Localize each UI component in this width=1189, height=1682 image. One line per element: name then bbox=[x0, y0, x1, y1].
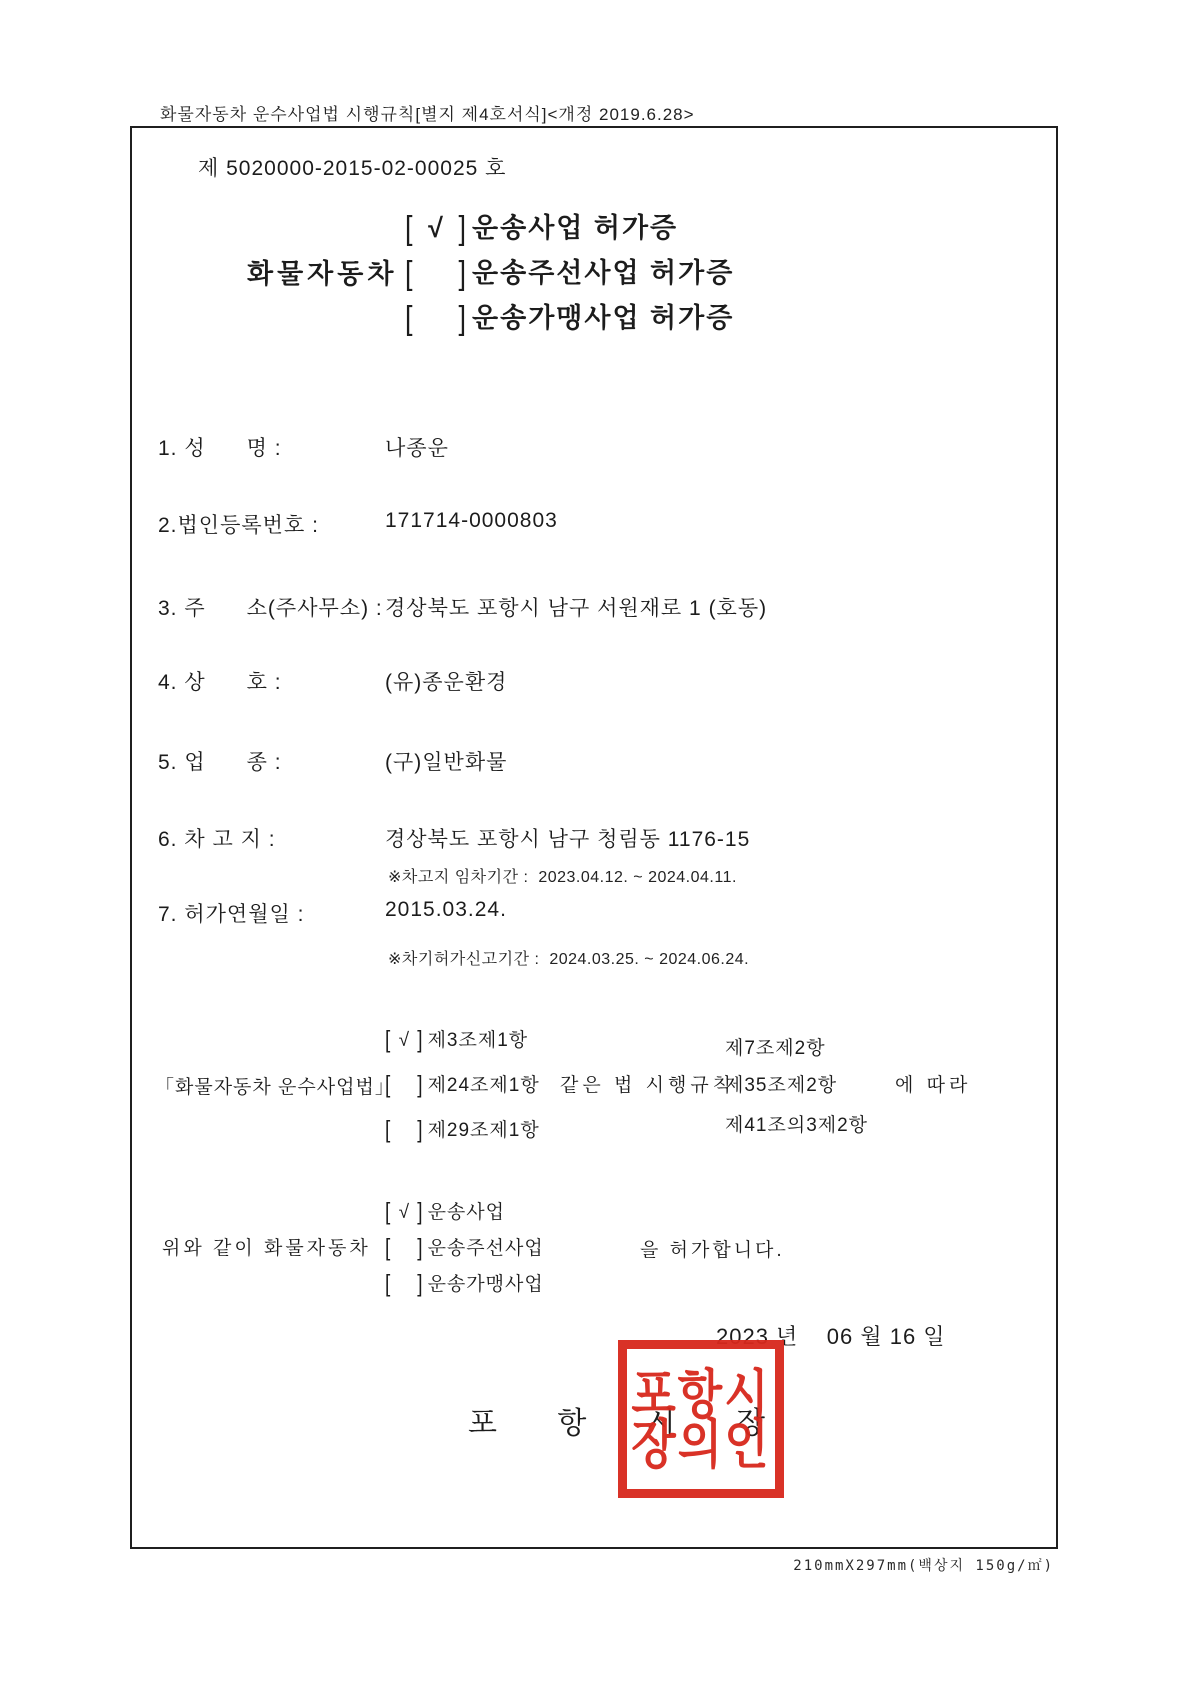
bracket-open: [ bbox=[405, 209, 415, 248]
title-row-franchise: []운송가맹사업 허가증 bbox=[405, 296, 734, 335]
bracket-close: ] bbox=[459, 299, 469, 338]
grant-suffix: 을 허가합니다. bbox=[640, 1235, 785, 1262]
title-row-transport: [√]운송사업 허가증 bbox=[405, 206, 678, 245]
grant-label-brokerage: 운송주선사업 bbox=[428, 1238, 544, 1259]
bracket-open: [ bbox=[405, 299, 415, 338]
field-label-garage: 6. 차 고 지 : bbox=[158, 823, 276, 853]
title-prefix: 화물자동차 bbox=[247, 252, 397, 291]
field-label-name: 1. 성 명 : bbox=[158, 432, 282, 462]
field-label-business-type: 5. 업 종 : bbox=[158, 746, 282, 776]
rule-article-41-3-2: 제41조의3제2항 bbox=[725, 1110, 868, 1137]
mayor-official-seal: 포항시 장의인 bbox=[618, 1340, 784, 1498]
grant-row-transport: [√]운송사업 bbox=[385, 1197, 505, 1224]
according-to-text: 에 따라 bbox=[895, 1070, 971, 1097]
bracket-open: [ bbox=[385, 1072, 391, 1100]
bracket-close: ] bbox=[417, 1117, 423, 1145]
field-label-address: 3. 주 소(주사무소) : bbox=[158, 592, 383, 622]
title-label-franchise: 운송가맹사업 허가증 bbox=[472, 303, 734, 333]
bracket-close: ] bbox=[459, 209, 469, 248]
next-permit-report-period-note: ※차기허가신고기간 : 2024.03.25. ~ 2024.06.24. bbox=[388, 946, 749, 969]
bracket-close: ] bbox=[459, 254, 469, 293]
permit-certificate-page: 화물자동차 운수사업법 시행규칙[별지 제4호서식]<개정 2019.6.28>… bbox=[0, 0, 1189, 1682]
bracket-close: ] bbox=[417, 1235, 423, 1263]
field-value-address: 경상북도 포항시 남구 서원재로 1 (호동) bbox=[385, 592, 767, 622]
grant-row-brokerage: []운송주선사업 bbox=[385, 1233, 544, 1260]
field-label-company: 4. 상 호 : bbox=[158, 666, 282, 696]
paper-spec-note: 210mmX297mm(백상지 150g/㎡) bbox=[700, 1555, 1054, 1575]
field-value-corp-reg-no: 171714-0000803 bbox=[385, 509, 558, 533]
bracket-close: ] bbox=[417, 1199, 423, 1227]
bracket-open: [ bbox=[385, 1235, 391, 1263]
bracket-open: [ bbox=[385, 1027, 391, 1055]
title-row-brokerage: []운송주선사업 허가증 bbox=[405, 251, 734, 290]
field-label-corp-reg-no: 2.법인등록번호 : bbox=[158, 509, 319, 539]
field-value-permit-date: 2015.03.24. bbox=[385, 898, 507, 922]
bracket-open: [ bbox=[405, 254, 415, 293]
garage-lease-period-note: ※차고지 임차기간 : 2023.04.12. ~ 2024.04.11. bbox=[388, 864, 737, 887]
bracket-close: ] bbox=[417, 1072, 423, 1100]
article-24-1: 제24조제1항 bbox=[428, 1075, 540, 1096]
checkmark-transport-grant: √ bbox=[391, 1202, 417, 1224]
law-name: 「화물자동차 운수사업법」 bbox=[155, 1072, 395, 1099]
grant-label-franchise: 운송가맹사업 bbox=[428, 1274, 544, 1295]
grant-label-transport: 운송사업 bbox=[428, 1202, 505, 1223]
rule-article-35-2: 제35조제2항 bbox=[725, 1070, 837, 1097]
seal-text-line-2: 장의인 bbox=[631, 1416, 770, 1472]
bracket-close: ] bbox=[417, 1271, 423, 1299]
title-label-brokerage: 운송주선사업 허가증 bbox=[472, 258, 734, 288]
grant-row-franchise: []운송가맹사업 bbox=[385, 1269, 544, 1296]
legal-row-1: [√]제3조제1항 bbox=[385, 1025, 528, 1052]
legal-row-2: []제24조제1항 bbox=[385, 1070, 540, 1097]
field-label-permit-date: 7. 허가연월일 : bbox=[158, 898, 304, 928]
article-29-1: 제29조제1항 bbox=[428, 1120, 540, 1141]
legal-row-3: []제29조제1항 bbox=[385, 1115, 540, 1142]
form-reference-note: 화물자동차 운수사업법 시행규칙[별지 제4호서식]<개정 2019.6.28> bbox=[160, 100, 695, 125]
bracket-close: ] bbox=[417, 1027, 423, 1055]
bracket-open: [ bbox=[385, 1199, 391, 1227]
title-label-transport: 운송사업 허가증 bbox=[472, 213, 678, 243]
bracket-open: [ bbox=[385, 1271, 391, 1299]
checkmark-transport-title: √ bbox=[415, 213, 459, 244]
article-3-1: 제3조제1항 bbox=[428, 1030, 529, 1051]
field-value-business-type: (구)일반화물 bbox=[385, 746, 507, 776]
field-value-garage: 경상북도 포항시 남구 청림동 1176-15 bbox=[385, 823, 750, 853]
checkmark-article3: √ bbox=[391, 1030, 417, 1052]
document-number: 제 5020000-2015-02-00025 호 bbox=[198, 152, 506, 182]
enforcement-rule-text: 같은 법 시행규칙 bbox=[560, 1070, 735, 1097]
rule-article-7-2: 제7조제2항 bbox=[725, 1033, 826, 1060]
grant-prefix: 위와 같이 화물자동차 bbox=[162, 1233, 371, 1260]
field-value-name: 나종운 bbox=[385, 432, 449, 462]
field-value-company: (유)종운환경 bbox=[385, 666, 507, 696]
bracket-open: [ bbox=[385, 1117, 391, 1145]
